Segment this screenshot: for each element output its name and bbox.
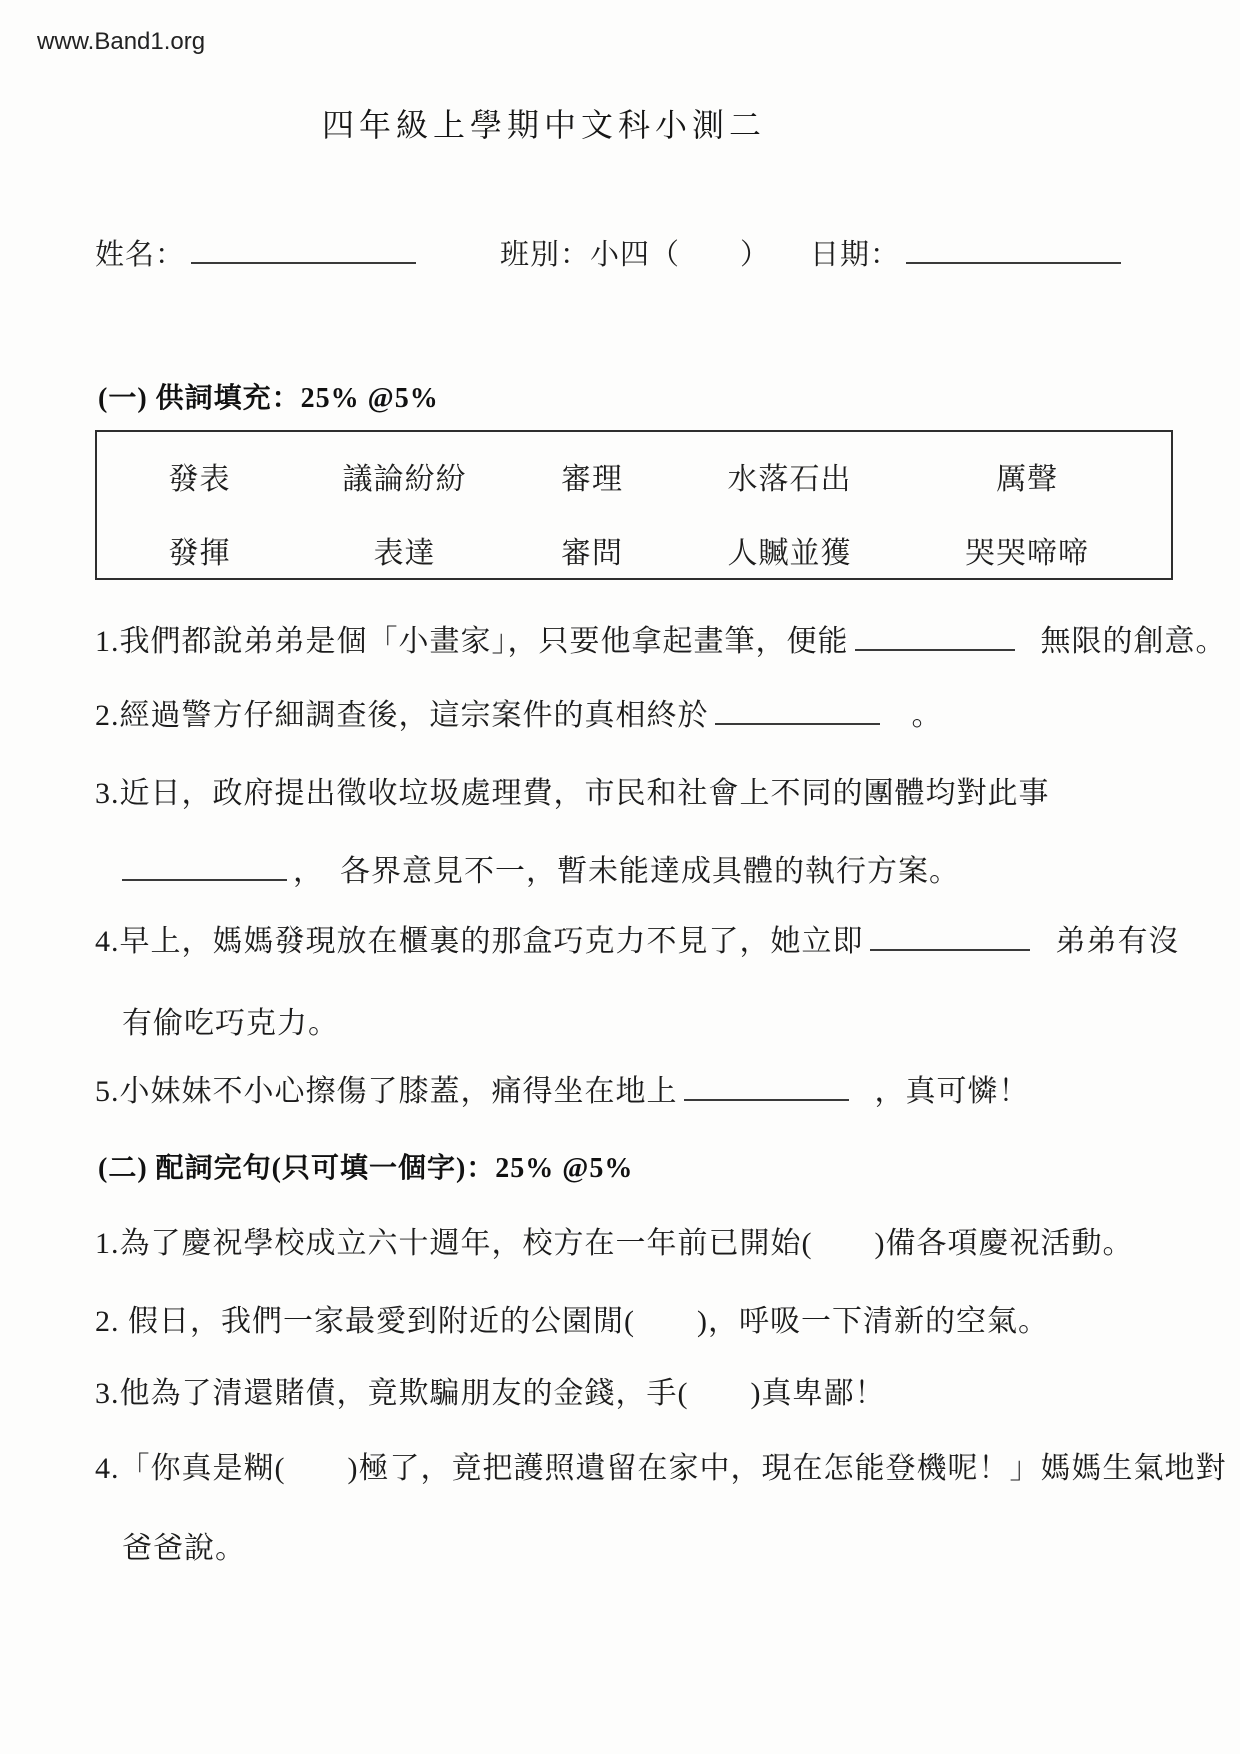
word-bank-item: 發表 bbox=[169, 454, 231, 498]
question-text: 3.近日，政府提出徵收垃圾處理費，市民和社會上不同的團體均對此事 bbox=[95, 777, 1050, 810]
word-bank-item: 哭哭啼啼 bbox=[965, 528, 1089, 572]
date-blank-line bbox=[906, 233, 1121, 264]
question-text: 4.早上，媽媽發現放在櫃裏的那盒巧克力不見了，她立即 bbox=[95, 925, 864, 958]
question-text: 1.我們都說弟弟是個「小畫家」，只要他拿起畫筆，便能 bbox=[95, 625, 849, 658]
word-bank-item: 議論紛紛 bbox=[343, 454, 467, 498]
word-bank-item: 審問 bbox=[561, 528, 623, 572]
word-bank-item: 表達 bbox=[374, 528, 436, 572]
question-text: 。 bbox=[912, 699, 943, 732]
date-label: 日期： bbox=[810, 239, 900, 271]
s1-question-3-line1: 3.近日，政府提出徵收垃圾處理費，市民和社會上不同的團體均對此事 bbox=[95, 768, 1050, 812]
word-bank-item: 水落石出 bbox=[728, 454, 852, 498]
s1-question-1: 1.我們都說弟弟是個「小畫家」，只要他拿起畫筆，便能無限的創意。 bbox=[95, 616, 1227, 660]
section2-heading: (二) 配詞完句(只可填一個字)：25% @5% bbox=[98, 1146, 633, 1186]
question-text: 5.小妹妹不小心擦傷了膝蓋，痛得坐在地上 bbox=[95, 1075, 678, 1108]
class-label: 班別：小四（ ） bbox=[500, 239, 770, 271]
fill-in-blank-line bbox=[855, 619, 1015, 651]
word-bank-item: 厲聲 bbox=[996, 454, 1058, 498]
word-bank-row-1: 發表 議論紛紛 審理 水落石出 厲聲 bbox=[97, 454, 1171, 498]
s1-question-3-line2: ， 各界意見不一，暫未能達成具體的執行方案。 bbox=[122, 846, 960, 890]
quiz-title: 四年級上學期中文科小測二 bbox=[322, 100, 766, 146]
word-bank-row-2: 發揮 表達 審問 人贓並獲 哭哭啼啼 bbox=[97, 528, 1171, 572]
question-text: 爸爸說。 bbox=[122, 1532, 246, 1565]
s1-question-4-line2: 有偷吃巧克力。 bbox=[122, 998, 339, 1042]
word-bank-item: 人贓並獲 bbox=[728, 528, 852, 572]
s2-question-2: 2. 假日，我們一家最愛到附近的公園閒( )，呼吸一下清新的空氣。 bbox=[95, 1296, 1049, 1340]
watermark-text: www.Band1.org bbox=[37, 28, 205, 56]
question-text: 弟弟有沒 bbox=[1056, 925, 1180, 958]
question-text: 無限的創意。 bbox=[1041, 625, 1227, 658]
s2-question-1: 1.為了慶祝學校成立六十週年，校方在一年前已開始( )備各項慶祝活動。 bbox=[95, 1218, 1133, 1262]
name-field: 姓名： bbox=[95, 232, 422, 273]
s1-question-5: 5.小妹妹不小心擦傷了膝蓋，痛得坐在地上，真可憐！ bbox=[95, 1066, 1030, 1110]
question-text: 1.為了慶祝學校成立六十週年，校方在一年前已開始( )備各項慶祝活動。 bbox=[95, 1227, 1133, 1260]
question-text: 2. 假日，我們一家最愛到附近的公園閒( )，呼吸一下清新的空氣。 bbox=[95, 1305, 1049, 1338]
name-label: 姓名： bbox=[95, 239, 185, 271]
s2-question-4-line2: 爸爸說。 bbox=[122, 1523, 246, 1567]
question-text: ，真可憐！ bbox=[875, 1075, 1030, 1108]
date-field: 日期： bbox=[810, 232, 1127, 273]
question-text: 4.「你真是糊( )極了，竟把護照遺留在家中，現在怎能登機呢！」媽媽生氣地對 bbox=[95, 1452, 1226, 1485]
word-bank-item: 審理 bbox=[561, 454, 623, 498]
question-text: 2.經過警方仔細調查後，這宗案件的真相終於 bbox=[95, 699, 709, 732]
scanned-quiz-page: www.Band1.org 四年級上學期中文科小測二 姓名： 班別：小四（ ） … bbox=[0, 0, 1240, 1754]
s2-question-4-line1: 4.「你真是糊( )極了，竟把護照遺留在家中，現在怎能登機呢！」媽媽生氣地對 bbox=[95, 1443, 1226, 1487]
s2-question-3: 3.他為了清還賭債，竟欺騙朋友的金錢，手( )真卑鄙！ bbox=[95, 1368, 885, 1412]
class-field: 班別：小四（ ） bbox=[500, 232, 770, 273]
fill-in-blank-line bbox=[684, 1069, 849, 1101]
word-bank-box: 發表 議論紛紛 審理 水落石出 厲聲 發揮 表達 審問 人贓並獲 哭哭啼啼 bbox=[95, 430, 1173, 580]
fill-in-blank-line bbox=[122, 849, 287, 881]
section1-heading: (一) 供詞填充：25% @5% bbox=[98, 376, 439, 416]
question-text: ， 各界意見不一，暫未能達成具體的執行方案。 bbox=[293, 855, 960, 888]
fill-in-blank-line bbox=[715, 693, 880, 725]
s1-question-2: 2.經過警方仔細調查後，這宗案件的真相終於。 bbox=[95, 690, 943, 734]
word-bank-item: 發揮 bbox=[169, 528, 231, 572]
name-blank-line bbox=[191, 233, 416, 264]
s1-question-4-line1: 4.早上，媽媽發現放在櫃裏的那盒巧克力不見了，她立即弟弟有沒 bbox=[95, 916, 1180, 960]
question-text: 有偷吃巧克力。 bbox=[122, 1007, 339, 1040]
fill-in-blank-line bbox=[870, 919, 1030, 951]
question-text: 3.他為了清還賭債，竟欺騙朋友的金錢，手( )真卑鄙！ bbox=[95, 1377, 885, 1410]
